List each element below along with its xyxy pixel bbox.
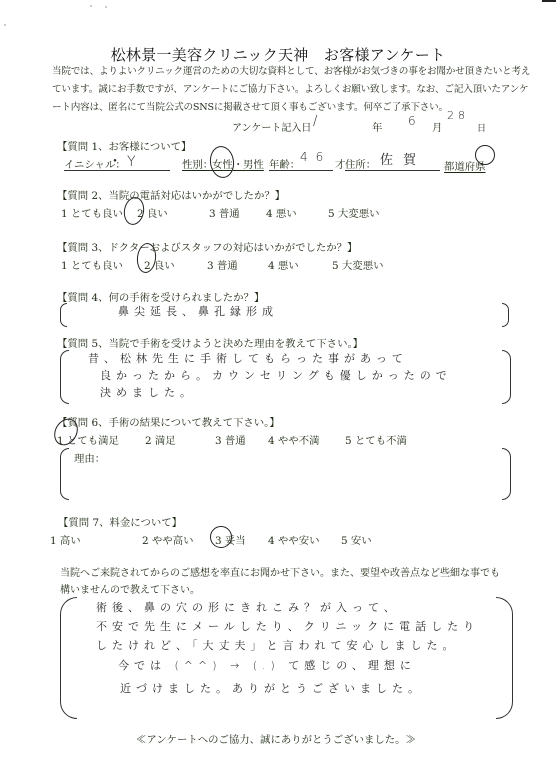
date-day-label: 日 xyxy=(477,121,486,134)
gender-separator: ・ xyxy=(233,156,243,171)
q5-answer-line-2[interactable]: 良かったから。カウンセリングも優しかったので xyxy=(100,367,452,383)
date-year-label: 年 xyxy=(372,119,382,134)
q2-heading: 【質問 2、当院の電話対応はいかがでしたか？】 xyxy=(57,187,285,202)
q2-option-1[interactable]: 1 とても良い xyxy=(61,205,123,220)
q3-option-3[interactable]: 3 普通 xyxy=(207,257,238,272)
feedback-answer-line-4[interactable]: 今では (^^) → (.) て感じの、理想に xyxy=(118,657,416,673)
scan-edge-mark xyxy=(542,0,556,2)
q3-option-5[interactable]: 5 大変悪い xyxy=(332,257,383,272)
q6-bracket-left xyxy=(60,448,69,500)
q3-option-1[interactable]: 1 とても良い xyxy=(61,257,123,272)
q7-option-2[interactable]: 2 やや高い xyxy=(142,532,193,547)
q7-option-5[interactable]: 5 安い xyxy=(341,532,372,547)
q2-option-5[interactable]: 5 大変悪い xyxy=(328,205,379,220)
q5-answer-line-3[interactable]: 決めました。 xyxy=(100,384,196,400)
date-year-value[interactable]: / xyxy=(313,114,322,129)
scan-speck xyxy=(90,5,92,7)
feedback-answer-line-3[interactable]: したけれど、「大丈夫」と言われて安心しました。 xyxy=(96,637,459,653)
q2-option-4[interactable]: 4 悪い xyxy=(266,205,297,220)
age-label: 年齢： xyxy=(269,156,300,171)
prefecture-selected-circle xyxy=(475,145,495,165)
q6-option-3[interactable]: 3 普通 xyxy=(215,432,246,447)
date-day-value[interactable]: 28 xyxy=(447,109,469,122)
date-month-value[interactable]: 6 xyxy=(408,114,421,128)
feedback-prompt-line-2: 構いませんので教えて下さい。 xyxy=(60,581,200,596)
q7-option-4[interactable]: 4 やや安い xyxy=(268,532,319,547)
scan-speck xyxy=(105,6,107,8)
footer-thanks: ≪アンケートへのご協力、誠にありがとうございました。≫ xyxy=(136,731,416,746)
q6-option-2[interactable]: 2 満足 xyxy=(145,432,176,447)
q4-bracket-left xyxy=(60,303,67,327)
initial-value[interactable]: ・Y xyxy=(108,151,141,171)
feedback-answer-line-2[interactable]: 不安で先生にメールしたり、クリニックに電話したり xyxy=(96,618,479,634)
q6-bracket-right xyxy=(502,448,511,500)
address-underline xyxy=(345,170,440,171)
q6-reason-label: 理由： xyxy=(74,450,105,465)
q4-answer[interactable]: 鼻尖延長、鼻孔縁形成 xyxy=(118,303,278,319)
intro-line-2: ています。誠にお手数ですが、アンケートにご協力下さい。よろしくお願い致します。な… xyxy=(52,81,528,99)
age-value[interactable]: 46 xyxy=(300,150,331,164)
address-value[interactable]: 佐賀 xyxy=(380,149,426,168)
q5-bracket-right xyxy=(502,350,511,404)
q3-option-4[interactable]: 4 悪い xyxy=(268,257,299,272)
q2-option-3[interactable]: 3 普通 xyxy=(209,205,240,220)
q5-bracket-left xyxy=(60,350,69,404)
q4-heading: 【質問 4、何の手術を受けられましたか？】 xyxy=(57,289,264,304)
date-month-label: 月 xyxy=(432,119,442,134)
gender-option-male[interactable]: 男性 xyxy=(243,156,264,171)
q7-selected-circle xyxy=(210,526,232,548)
feedback-answer-line-1[interactable]: 術後、鼻の穴の形にきれこみ？が入って、 xyxy=(96,599,400,615)
scan-speck xyxy=(4,24,6,26)
page-title: 松林景一美容クリニック天神 お客様アンケート xyxy=(0,44,556,65)
gender-selected-circle xyxy=(208,144,236,179)
q5-heading: 【質問 5、当院で手術を受けようと決めた理由を教えて下さい。】 xyxy=(57,335,363,350)
q3-heading: 【質問 3、ドクターおよびスタッフの対応はいかがでしたか？】 xyxy=(57,239,357,254)
q6-option-5[interactable]: 5 とても不満 xyxy=(345,432,407,447)
q4-bracket-right xyxy=(502,303,509,327)
intro-line-3: ート内容は、匿名にて当院公式のSNSに掲載させて頂く事もございます。何卒ご了承下… xyxy=(52,99,448,117)
q7-option-1[interactable]: 1 高い xyxy=(50,532,81,547)
gender-label: 性別： xyxy=(182,156,213,171)
feedback-answer-line-5[interactable]: 近づけました。ありがとうございました。 xyxy=(120,680,424,696)
feedback-bracket-right xyxy=(496,597,513,719)
q6-heading: 【質問 6、手術の結果について教えて下さい。】 xyxy=(57,414,280,429)
age-underline xyxy=(269,170,333,171)
initial-underline xyxy=(64,170,170,171)
feedback-bracket-left xyxy=(60,597,77,719)
address-label: 住所： xyxy=(345,156,376,171)
age-unit: 才 xyxy=(335,156,345,171)
date-label: アンケート記入日 xyxy=(232,119,311,134)
intro-line-1: 当院では、よりよいクリニック運営のための大切な資料として、お客様がお気づきの事を… xyxy=(52,63,530,81)
q5-answer-line-1[interactable]: 昔、松林先生に手術してもらった事があって xyxy=(88,350,408,366)
feedback-prompt-line-1: 当院へご来院されてからのご感想を率直にお聞かせ下さい。また、要望や改善点など些細… xyxy=(60,564,500,579)
q6-option-4[interactable]: 4 やや不満 xyxy=(268,432,319,447)
q7-heading: 【質問 7、料金について】 xyxy=(58,514,182,529)
